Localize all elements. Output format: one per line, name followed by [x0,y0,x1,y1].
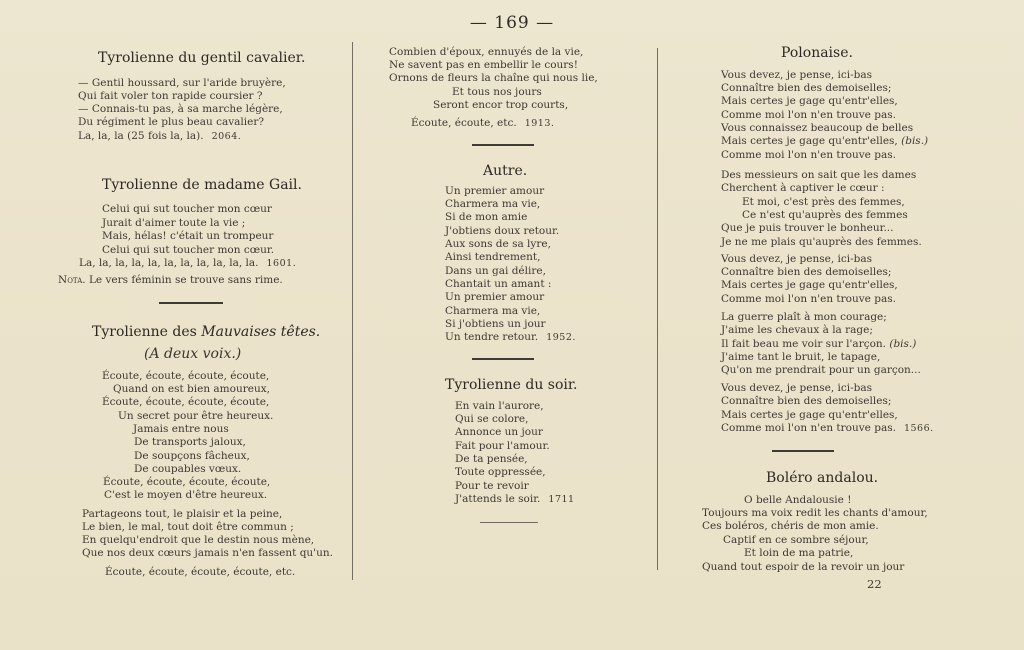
song-number: 1913. [525,118,555,129]
section-rule [159,302,223,304]
verse-line: Seront encor trop courts, [433,99,568,113]
verse-line: Mais certes je gage qu'entr'elles, (bis.… [721,135,928,149]
section-rule [472,144,534,146]
song-number: 2064. [212,131,242,142]
verse-line: Si j'obtiens un jour [445,318,546,332]
signature-mark: 22 [867,578,882,592]
nota-note: Nota. Le vers féminin se trouve sans rim… [58,274,283,288]
verse-line: Quand tout espoir de la revoir un jour [702,561,904,575]
verse-line: Comme moi l'on n'en trouve pas.1566. [721,422,934,436]
verse-line: De coupables vœux. [134,463,241,477]
verse-line: La guerre plaît à mon courage; [721,311,887,325]
section-rule [472,358,534,360]
verse-line: De transports jaloux, [134,436,246,450]
verse-line: Dans un gai délire, [445,265,546,279]
verse-line: De ta pensée, [455,453,528,467]
verse-line: La, la, la, la, la, la, la, la, la, la, … [79,257,296,271]
song-subtitle: (A deux voix.) [144,346,241,362]
verse-line: Écoute, écoute, écoute, écoute, etc. [105,566,295,580]
verse-line: Ces boléros, chéris de mon amie. [702,520,879,534]
song-number: 1711 [548,494,574,505]
song-title: Autre. [483,163,527,179]
verse-line: Que je puis trouver le bonheur... [721,222,893,236]
verse-text: Écoute, écoute, etc. [411,117,517,129]
verse-line: Ainsi tendrement, [445,251,540,265]
verse-line: J'aime tant le bruit, le tapage, [721,351,880,365]
verse-line: Écoute, écoute, écoute, écoute, [102,370,269,384]
verse-line: Un tendre retour.1952. [445,331,576,345]
song-number: 1566. [904,423,934,434]
verse-text: Il fait beau me voir sur l'arçon. [721,338,886,350]
song-title: Tyrolienne du soir. [445,377,578,393]
verse-line: La, la, la (25 fois la, la).2064. [78,130,241,144]
verse-line: Si de mon amie [445,211,527,225]
verse-line: Combien d'époux, ennuyés de la vie, [389,46,583,60]
verse-line: Ornons de fleurs la chaîne qui nous lie, [389,72,598,86]
verse-line: Ne savent pas en embellir le cours! [389,59,578,73]
song-title: Tyrolienne des Mauvaises têtes. [92,324,320,340]
verse-line: Comme moi l'on n'en trouve pas. [721,293,896,307]
verse-line: Celui qui sut toucher mon cœur [102,203,272,217]
verse-line: Vous connaissez beaucoup de belles [721,122,913,136]
verse-line: Du régiment le plus beau cavalier? [78,116,264,130]
verse-text: Comme moi l'on n'en trouve pas. [721,422,896,434]
section-rule [772,450,834,452]
verse-line: Un premier amour [445,291,544,305]
verse-line: Mais, hélas! c'était un trompeur [102,230,273,244]
verse-line: Il fait beau me voir sur l'arçon. (bis.) [721,338,916,352]
verse-line: Connaître bien des demoiselles; [721,395,891,409]
verse-line: Aux sons de sa lyre, [445,238,551,252]
song-number: 1952. [546,332,576,343]
verse-line: J'aime les chevaux à la rage; [721,324,873,338]
verse-line: Qui se colore, [455,413,528,427]
verse-line: Jurait d'aimer toute la vie ; [102,217,245,231]
verse-line: Jamais entre nous [133,423,229,437]
title-text: Tyrolienne des [92,324,201,340]
nota-text: Le vers féminin se trouve sans rime. [89,274,283,286]
title-italic: Mauvaises têtes. [201,324,320,340]
verse-line: Annonce un jour [455,426,543,440]
verse-line: Toute oppressée, [455,466,546,480]
verse-line: Vous devez, je pense, ici-bas [721,253,872,267]
verse-line: Charmera ma vie, [445,198,540,212]
verse-line: Partageons tout, le plaisir et la peine, [82,508,282,522]
verse-line: Et loin de ma patrie, [744,547,853,561]
verse-line: Des messieurs on sait que les dames [721,169,916,183]
verse-line: C'est le moyen d'être heureux. [104,489,267,503]
verse-line: Mais certes je gage qu'entr'elles, [721,409,898,423]
verse-line: Connaître bien des demoiselles; [721,266,891,280]
verse-line: — Gentil houssard, sur l'aride bruyère, [78,77,286,91]
song-title: Polonaise. [781,45,853,61]
verse-line: Connaître bien des demoiselles; [721,82,891,96]
song-title: Tyrolienne de madame Gail. [102,177,302,193]
verse-text: Mais certes je gage qu'entr'elles, [721,135,898,147]
verse-line: Celui qui sut toucher mon cœur. [102,244,274,258]
verse-line: — Connais-tu pas, à sa marche légère, [78,103,283,117]
verse-line: Charmera ma vie, [445,305,540,319]
page-number: — 169 — [0,13,1024,33]
verse-line: Un premier amour [445,185,544,199]
verse-line: Que nos deux cœurs jamais n'en fassent q… [82,547,333,561]
column-divider [352,42,353,580]
verse-text: J'attends le soir. [455,493,540,505]
verse-line: Mais certes je gage qu'entr'elles, [721,279,898,293]
verse-line: Comme moi l'on n'en trouve pas. [721,109,896,123]
verse-line: Qui fait voler ton rapide coursier ? [78,90,263,104]
verse-line: En vain l'aurore, [455,400,544,414]
verse-line: Vous devez, je pense, ici-bas [721,69,872,83]
verse-line: Je ne me plais qu'auprès des femmes. [721,236,922,250]
verse-line: Toujours ma voix redit les chants d'amou… [702,507,928,521]
verse-line: Cherchent à captiver le cœur : [721,182,885,196]
document-page: — 169 — Tyrolienne du gentil cavalier. —… [0,0,1024,650]
verse-line: Pour te revoir [455,480,529,494]
verse-line: Écoute, écoute, écoute, écoute, [102,396,269,410]
nota-label: Nota. [58,274,86,286]
section-rule [480,522,538,523]
verse-line: Et tous nos jours [452,86,542,100]
verse-line: Écoute, écoute, écoute, écoute, [103,476,270,490]
song-number: 1601. [267,258,297,269]
verse-line: O belle Andalousie ! [744,494,851,508]
verse-line: Quand on est bien amoureux, [113,383,270,397]
verse-line: Un secret pour être heureux. [118,410,273,424]
verse-line: Ce n'est qu'auprès des femmes [742,209,908,223]
verse-line: En quelqu'endroit que le destin nous mèn… [82,534,314,548]
song-title: Tyrolienne du gentil cavalier. [98,50,305,66]
verse-line: Écoute, écoute, etc.1913. [411,117,554,131]
song-title: Boléro andalou. [766,470,878,486]
verse-line: Vous devez, je pense, ici-bas [721,382,872,396]
verse-text: La, la, la, la, la, la, la, la, la, la, … [79,257,259,269]
verse-line: Comme moi l'on n'en trouve pas. [721,149,896,163]
verse-text: La, la, la (25 fois la, la). [78,130,204,142]
verse-line: Le bien, le mal, tout doit être commun ; [82,521,294,535]
bis-marker: (bis.) [889,338,916,350]
verse-line: Mais certes je gage qu'entr'elles, [721,95,898,109]
verse-line: J'obtiens doux retour. [445,225,559,239]
verse-line: De soupçons fâcheux, [134,450,250,464]
verse-line: Captif en ce sombre séjour, [723,534,869,548]
verse-line: Fait pour l'amour. [455,440,550,454]
verse-line: J'attends le soir.1711 [455,493,575,507]
verse-line: Et moi, c'est près des femmes, [742,196,905,210]
verse-line: Chantait un amant : [445,278,551,292]
verse-text: Un tendre retour. [445,331,538,343]
verse-line: Qu'on me prendrait pour un garçon... [721,364,921,378]
bis-marker: (bis.) [901,135,928,147]
column-divider [657,48,658,570]
